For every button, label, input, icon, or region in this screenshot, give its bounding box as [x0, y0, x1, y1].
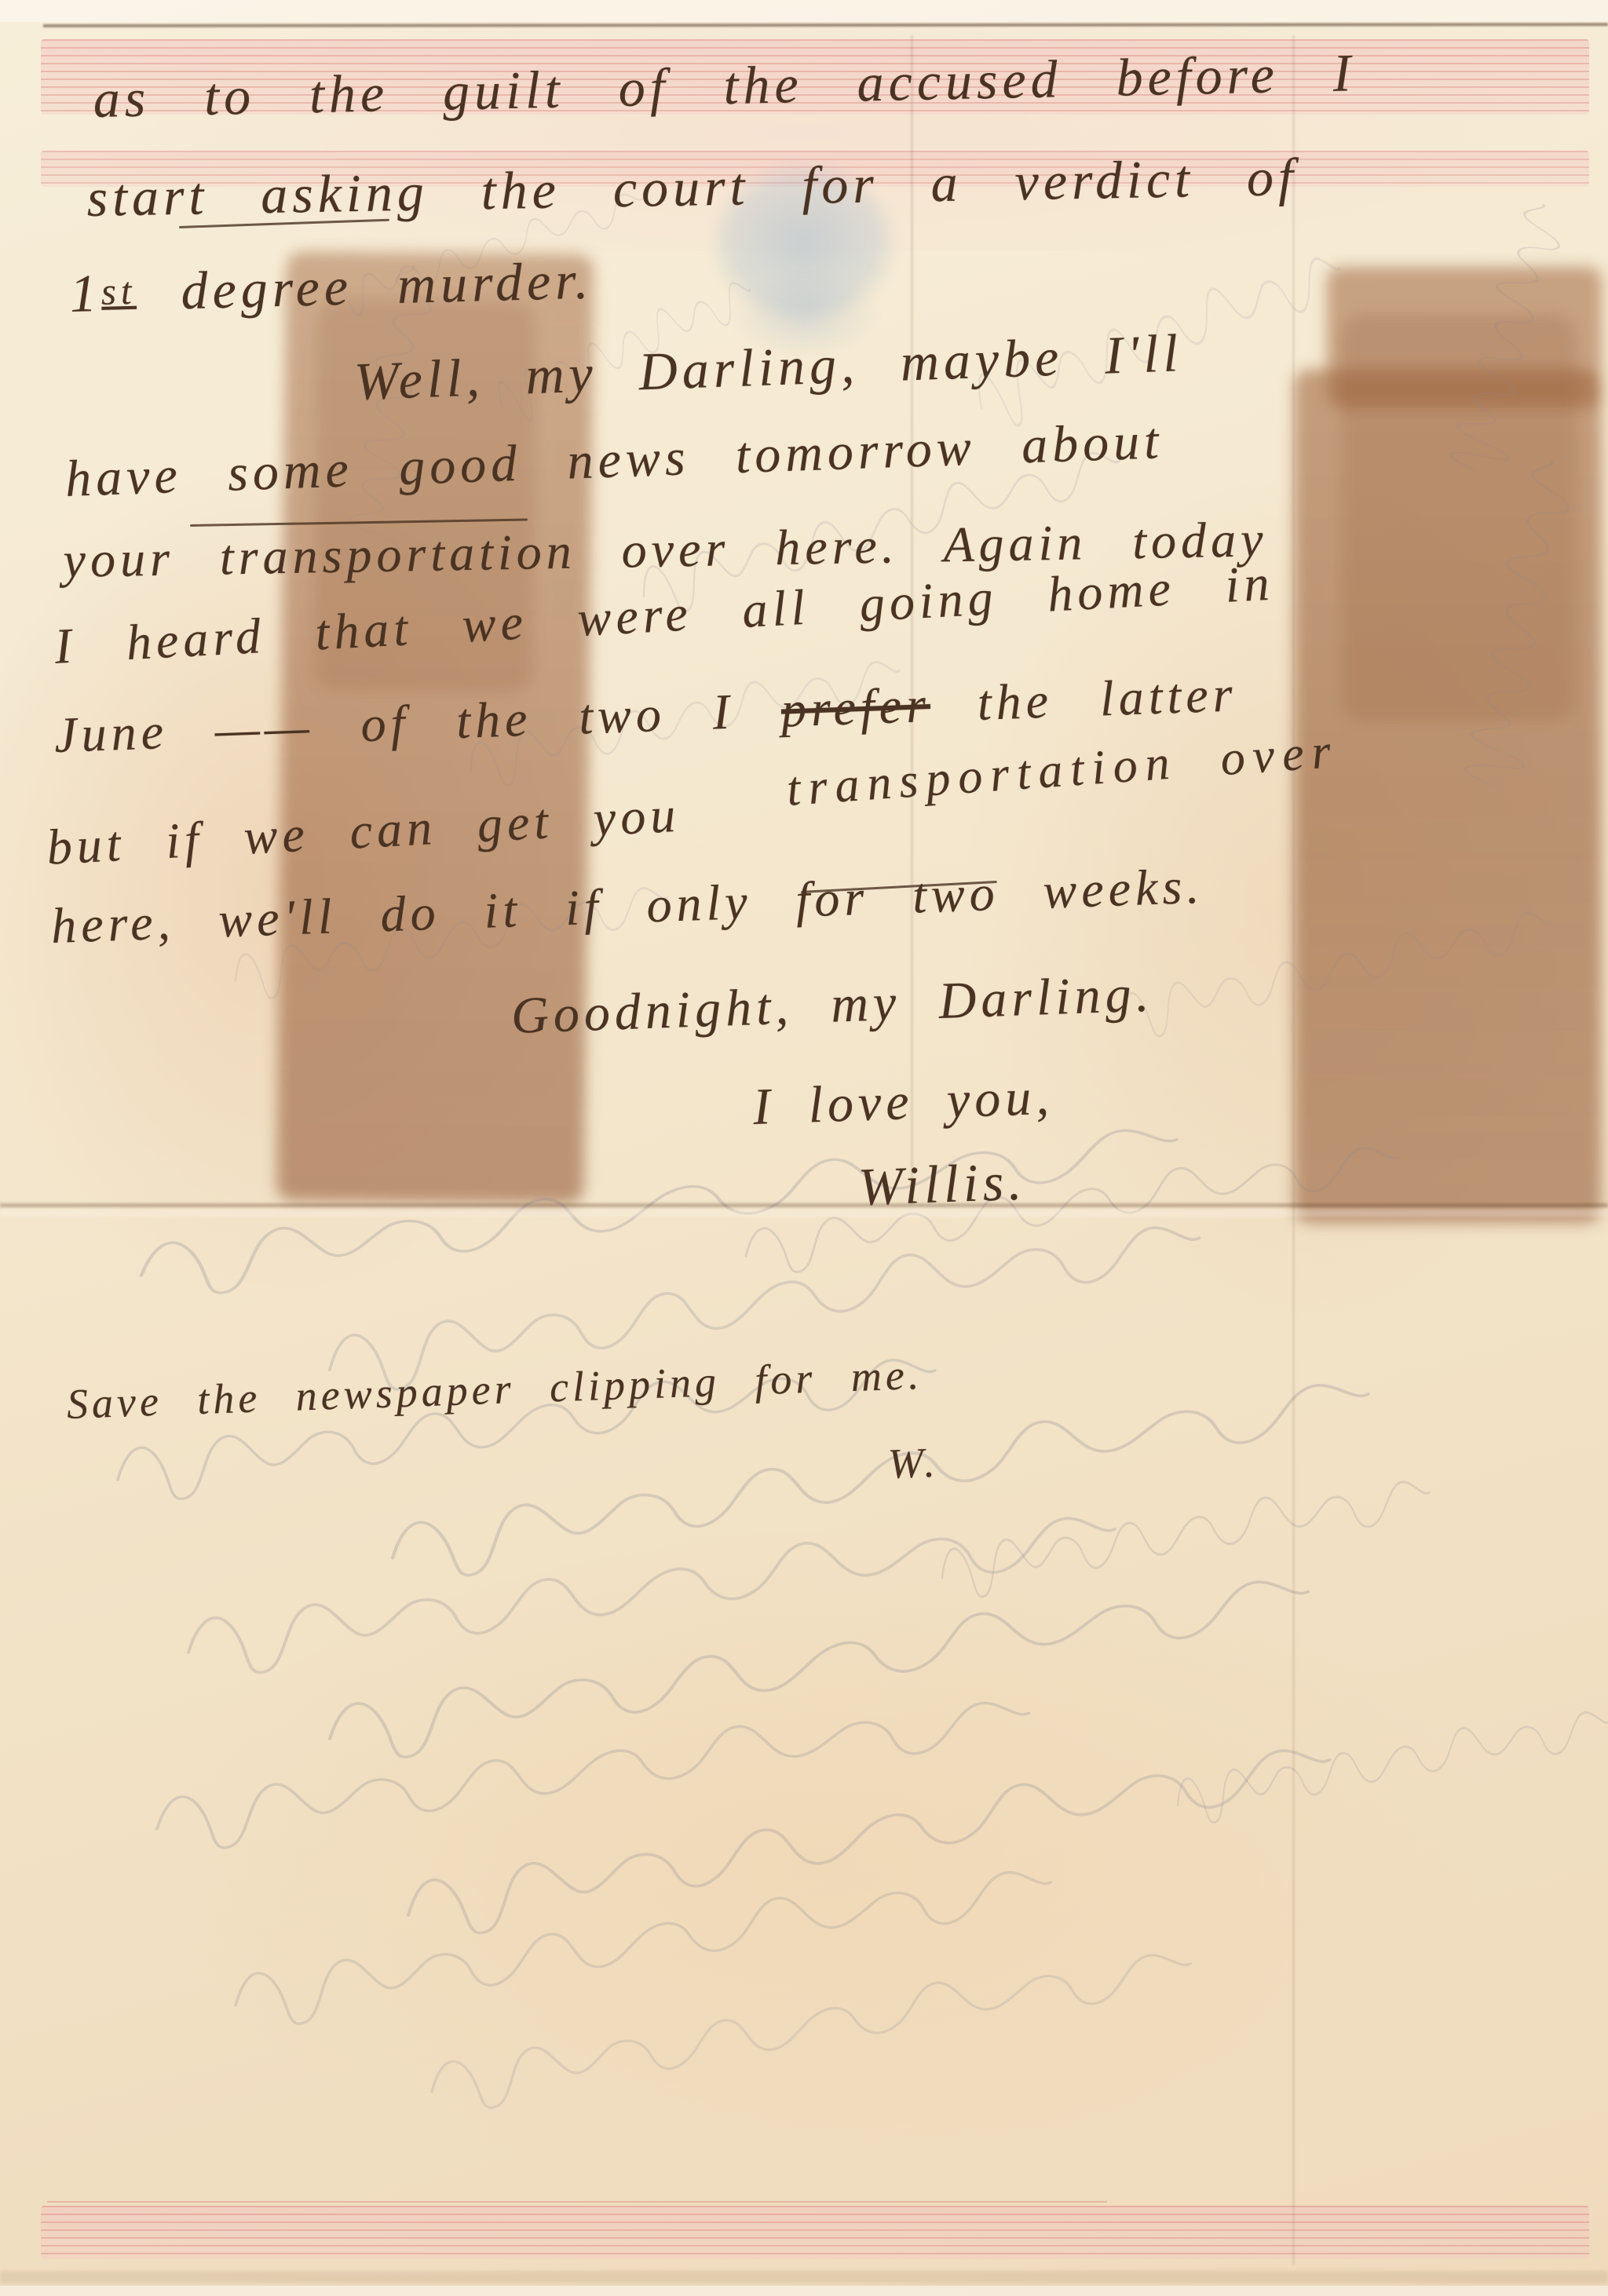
ordinal-suffix: st [100, 269, 137, 313]
paper-bottom-shadow [0, 2271, 1608, 2283]
line-text: degree murder. [136, 250, 594, 322]
paper-wash-bottom [79, 1491, 1570, 2237]
pink-rule-line [47, 2201, 1107, 2203]
handwriting-line: Goodnight, my Darling. [510, 968, 1154, 1042]
handwriting-line: here, we'll do it if only for two weeks. [50, 861, 1204, 951]
scanner-strip-bottom [0, 2286, 1608, 2296]
fold-crease-horizontal [0, 1203, 1608, 1207]
handwriting-line: I love you, [752, 1071, 1054, 1133]
pink-ruled-band-bottom [41, 2206, 1589, 2259]
scanner-strip-top [0, 0, 1608, 22]
postscript-initial: W. [887, 1441, 940, 1485]
fold-crease-highlight [0, 1209, 1608, 1217]
postscript-line: Save the newspaper clipping for me. [66, 1353, 923, 1425]
handwriting-line: transportation over [785, 727, 1340, 814]
struck-word: prefer [780, 677, 931, 738]
tape-stain-right [1294, 267, 1602, 1223]
handwriting-line: but if we can get you [46, 790, 682, 873]
line-text: June —— of the two I [53, 682, 782, 763]
handwriting-line: 1st degree murder. [69, 254, 594, 320]
line-text: 1 [69, 263, 102, 323]
signature: Willis. [857, 1155, 1027, 1214]
paper-top-edge [43, 23, 1608, 27]
line-text: the latter [930, 666, 1238, 732]
letter-page: as to the guilt of the accused before I … [0, 0, 1608, 2296]
handwriting-line: Well, my Darling, maybe I'll [353, 326, 1183, 408]
fold-crease-vertical-2 [1292, 35, 1295, 2265]
handwriting-line: have some good news tomorrow about [64, 415, 1164, 506]
